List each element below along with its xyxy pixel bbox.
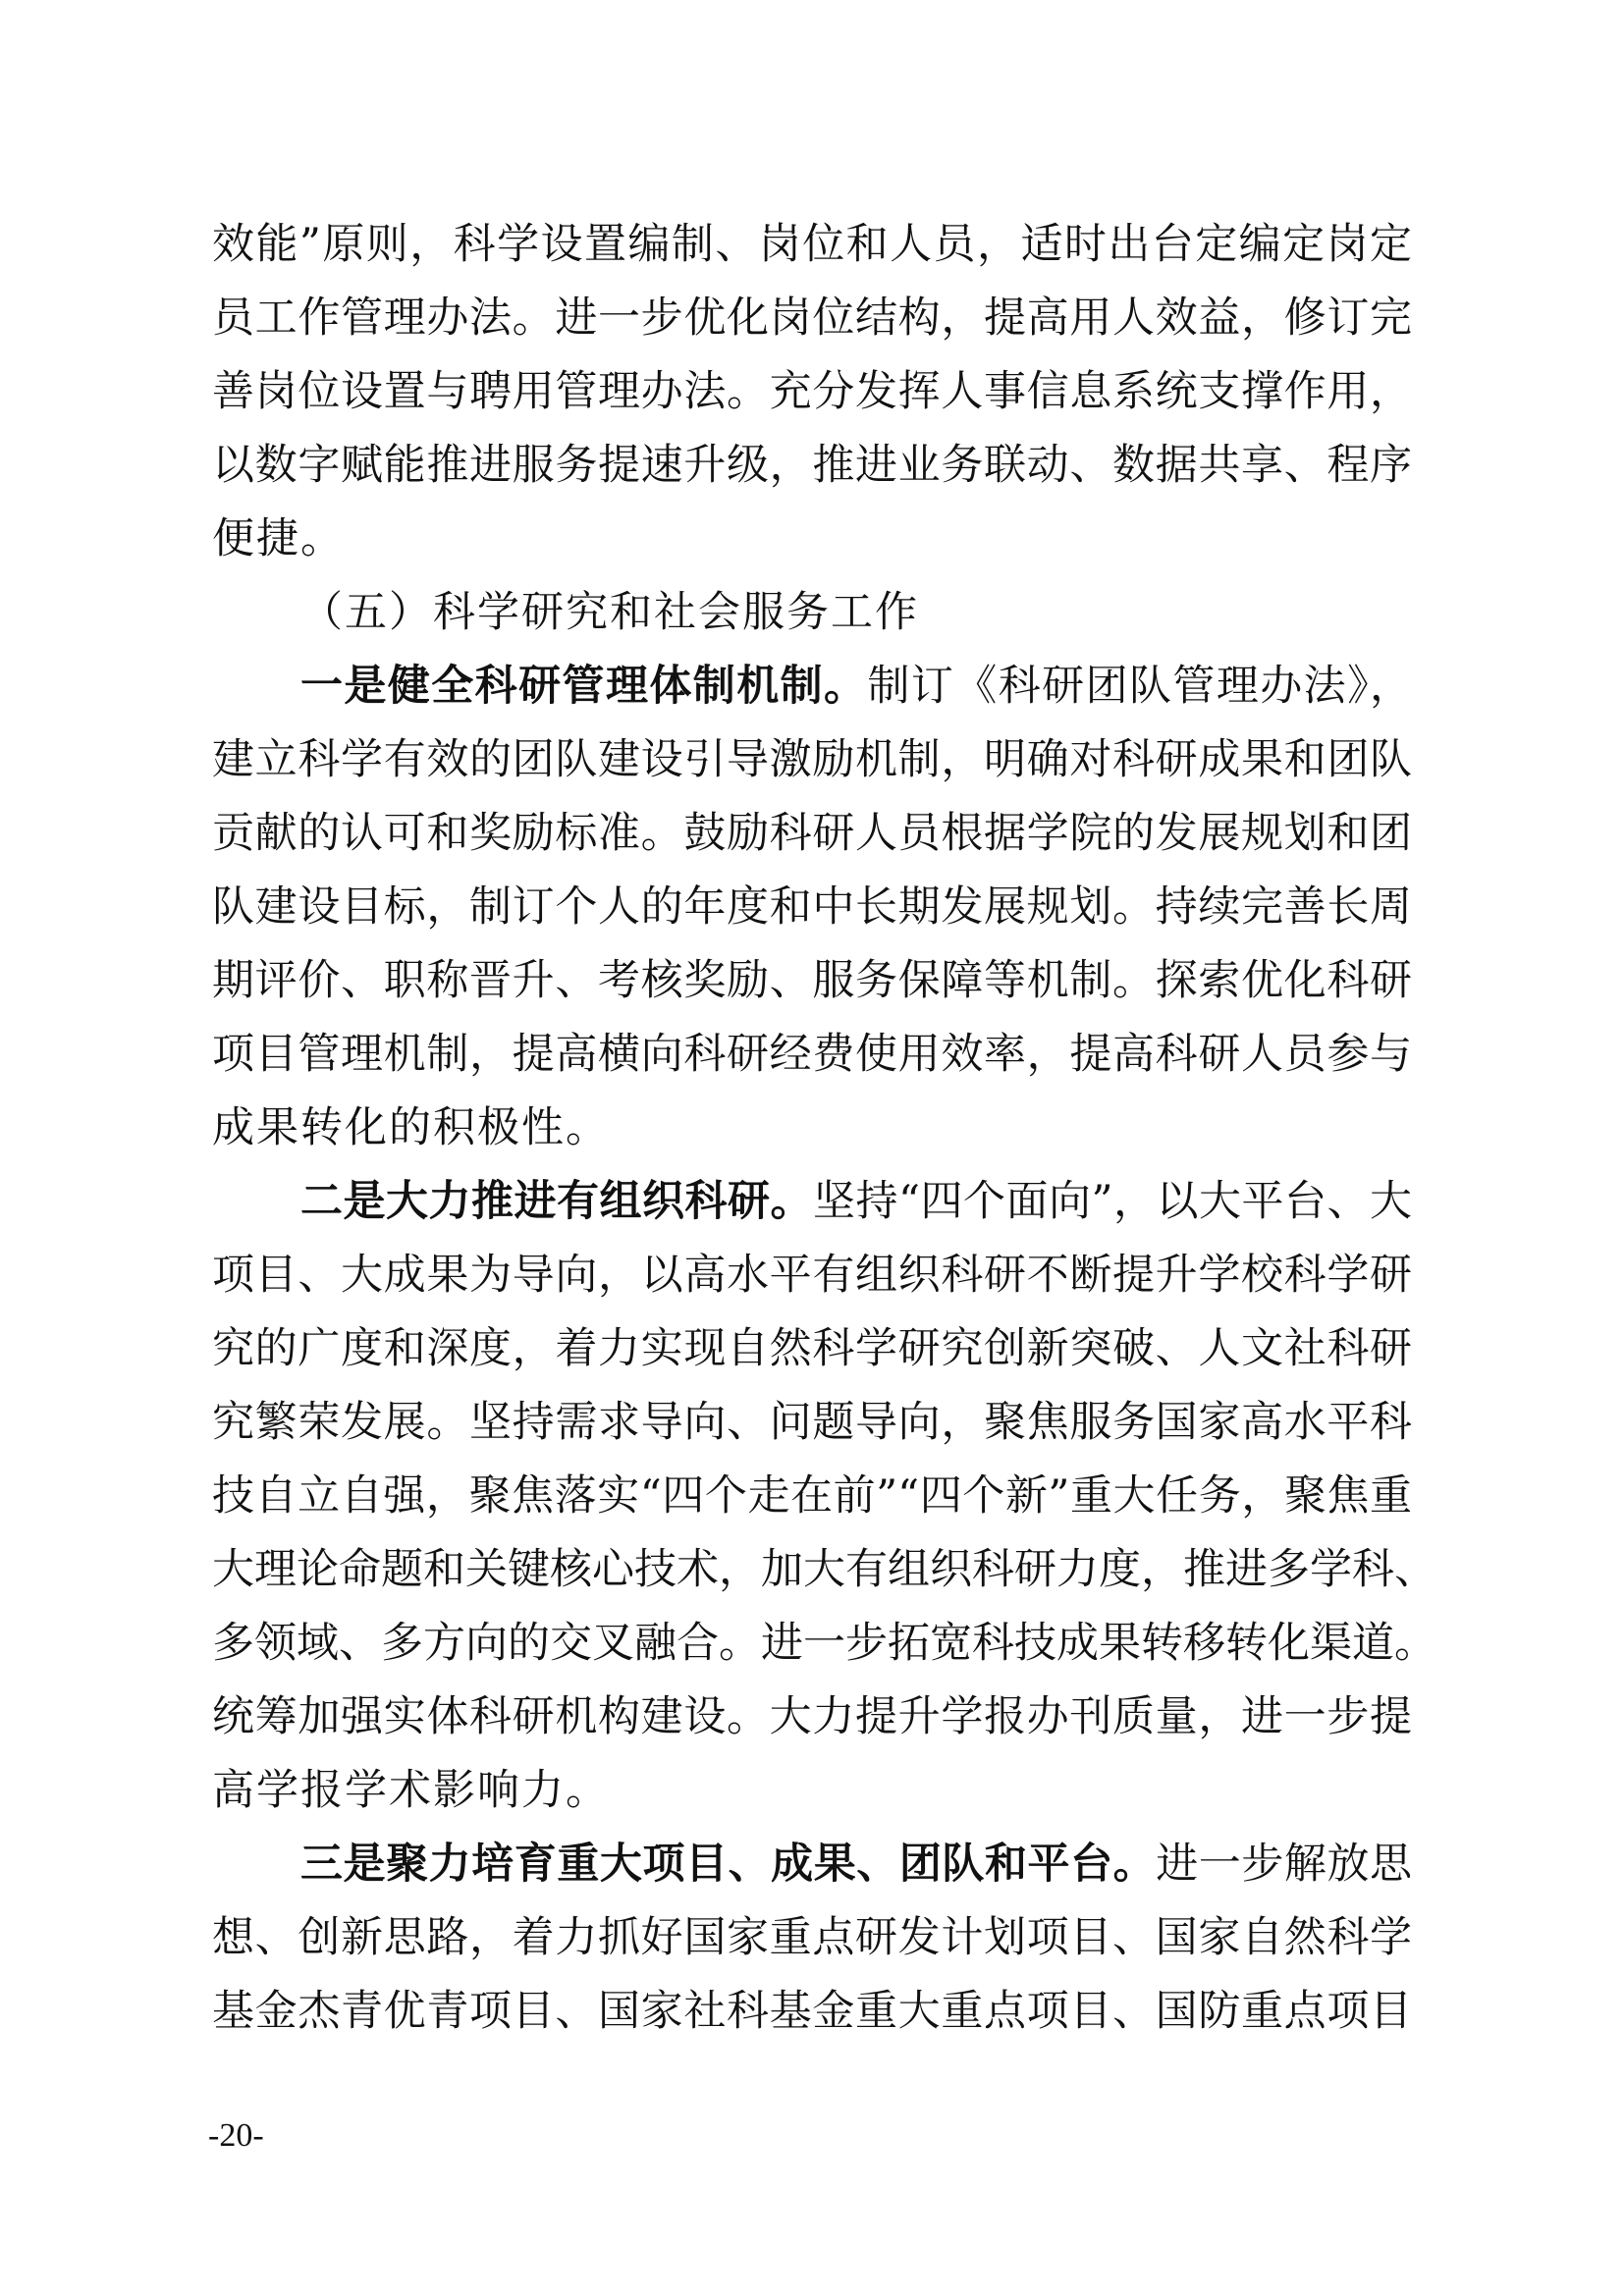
item-two-first-line-text: 坚持“四个面向”，以大平台、大 [813, 1177, 1412, 1226]
paragraph-line: 善岗位设置与聘用管理办法。充分发挥人事信息系统支撑作用， [212, 355, 1412, 429]
item-one-lead: 一是健全科研管理体制机制。 [300, 662, 867, 711]
paragraph-line: 贡献的认可和奖励标准。鼓励科研人员根据学院的发展规划和团 [212, 797, 1412, 871]
item-two-first-line: 二是大力推进有组织科研。坚持“四个面向”，以大平台、大 [300, 1165, 1412, 1239]
paragraph-line: 项目管理机制，提高横向科研经费使用效率，提高科研人员参与 [212, 1018, 1412, 1092]
paragraph-line: 员工作管理办法。进一步优化岗位结构，提高用人效益，修订完 [212, 282, 1412, 355]
paragraph-line: 基金杰青优青项目、国家社科基金重大重点项目、国防重点项目 [212, 1975, 1412, 2049]
item-three-lead: 三是聚力培育重大项目、成果、团队和平台。 [300, 1840, 1156, 1889]
paragraph-line: 以数字赋能推进服务提速升级，推进业务联动、数据共享、程序 [212, 429, 1412, 503]
item-one-first-line-text: 制订《科研团队管理办法》， [867, 662, 1412, 711]
paragraph-line: 建立科学有效的团队建设引导激励机制，明确对科研成果和团队 [212, 723, 1412, 797]
paragraph-line: 究的广度和深度，着力实现自然科学研究创新突破、人文社科研 [212, 1312, 1412, 1386]
paragraph-line: 究繁荣发展。坚持需求导向、问题导向，聚焦服务国家高水平科 [212, 1386, 1412, 1460]
paragraph-line: 高学报学术影响力。 [212, 1754, 1412, 1828]
paragraph-line: 项目、大成果为导向，以高水平有组织科研不断提升学校科学研 [212, 1239, 1412, 1312]
paragraph-line: 队建设目标，制订个人的年度和中长期发展规划。持续完善长周 [212, 871, 1412, 944]
paragraph-line: 大理论命题和关键核心技术，加大有组织科研力度，推进多学科、 [212, 1533, 1412, 1607]
item-two-lead: 二是大力推进有组织科研。 [300, 1177, 813, 1226]
item-one-first-line: 一是健全科研管理体制机制。制订《科研团队管理办法》， [300, 650, 1412, 723]
paragraph-line: 成果转化的积极性。 [212, 1092, 1412, 1165]
paragraph-line: 效能”原则，科学设置编制、岗位和人员，适时出台定编定岗定 [212, 208, 1412, 282]
section-heading: （五）科学研究和社会服务工作 [300, 576, 919, 650]
paragraph-line: 想、创新思路，着力抓好国家重点研发计划项目、国家自然科学 [212, 1901, 1412, 1975]
paragraph-line: 技自立自强，聚焦落实“四个走在前”“四个新”重大任务，聚焦重 [212, 1460, 1412, 1533]
paragraph-line: 统筹加强实体科研机构建设。大力提升学报办刊质量，进一步提 [212, 1681, 1412, 1754]
paragraph-line: 便捷。 [212, 503, 1412, 576]
paragraph-line: 期评价、职称晋升、考核奖励、服务保障等机制。探索优化科研 [212, 944, 1412, 1018]
item-three-first-line: 三是聚力培育重大项目、成果、团队和平台。进一步解放思 [300, 1828, 1412, 1901]
document-page: 效能”原则，科学设置编制、岗位和人员，适时出台定编定岗定 员工作管理办法。进一步… [0, 0, 1624, 2296]
page-number: -20- [208, 2118, 264, 2154]
paragraph-line: 多领域、多方向的交叉融合。进一步拓宽科技成果转移转化渠道。 [212, 1607, 1412, 1681]
item-three-first-line-text: 进一步解放思 [1156, 1840, 1412, 1889]
